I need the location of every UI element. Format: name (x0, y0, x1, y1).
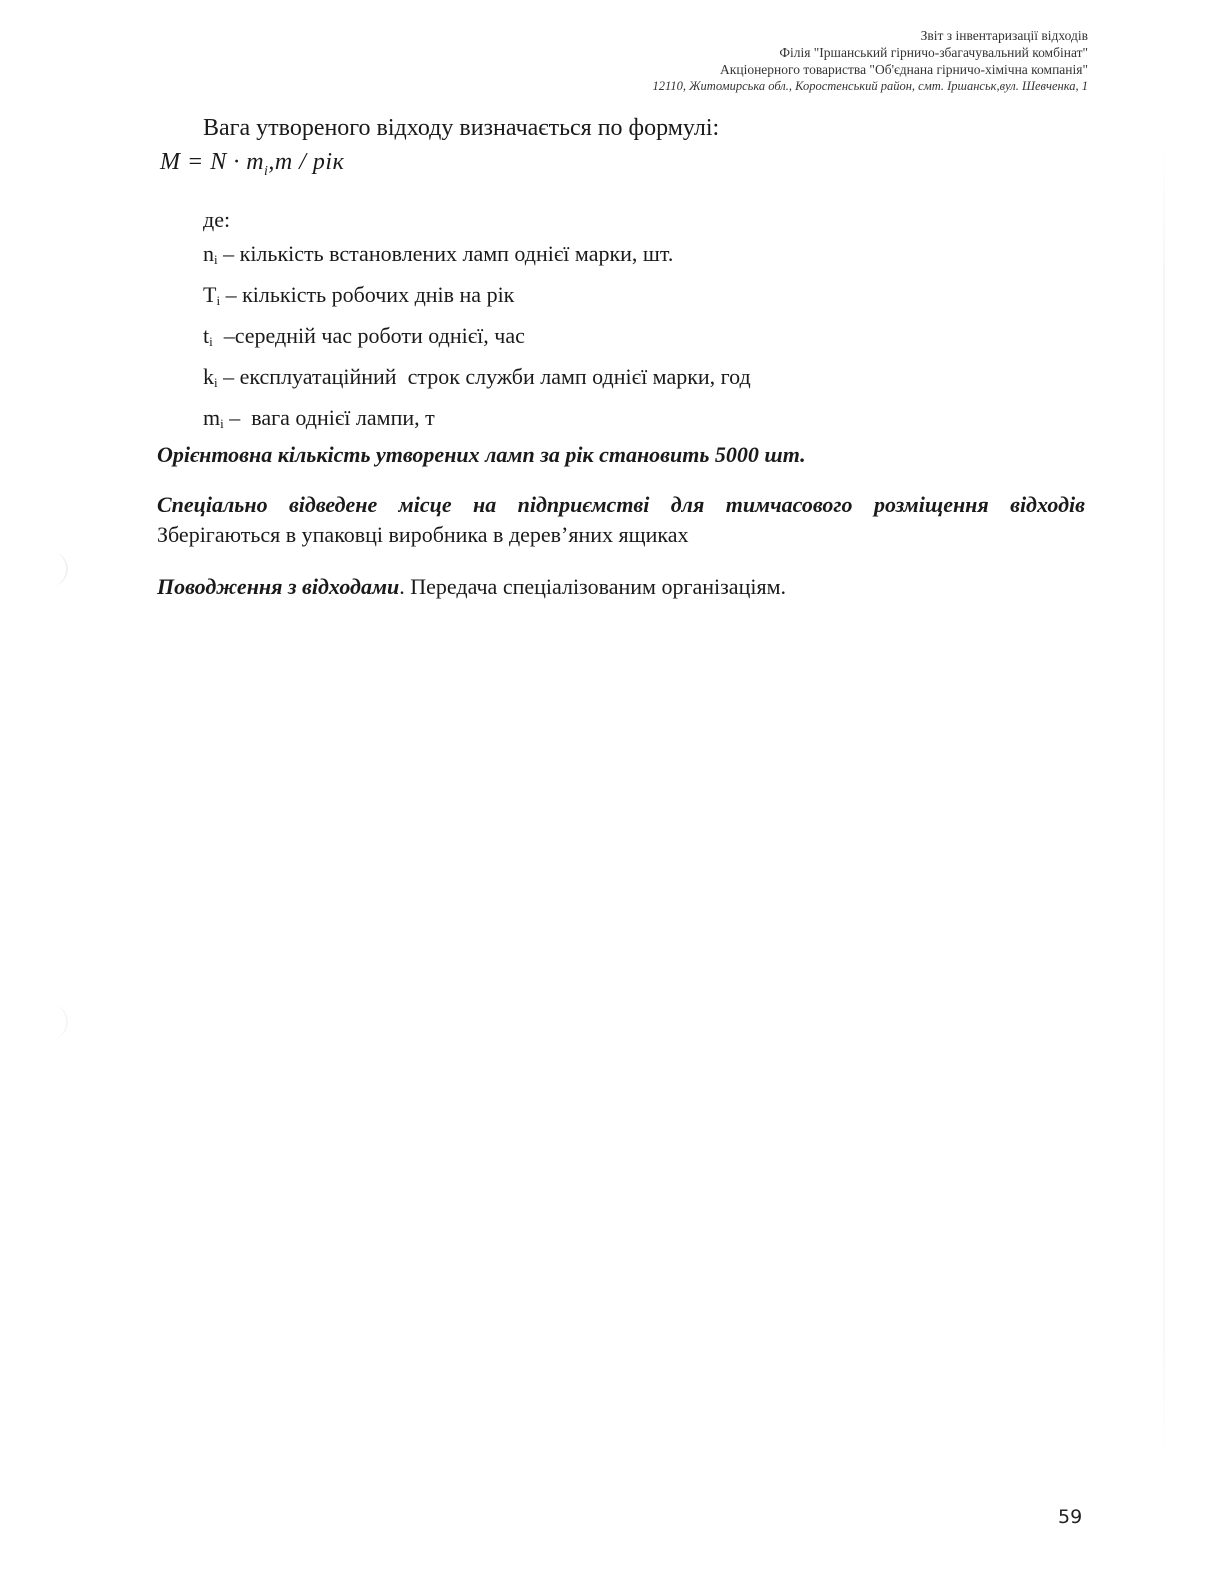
definitions-list: де: ni – кількість встановлених ламп одн… (203, 205, 751, 444)
definition-text: –середній час роботи однієї, час (213, 323, 525, 348)
storage-text: Зберігаються в упаковці виробника в дере… (157, 522, 689, 547)
definition-item: mi – вага однієї лампи, т (203, 403, 751, 444)
handling-label: Поводження з відходами (157, 574, 399, 599)
handling-text: . Передача спеціалізованим організаціям. (399, 574, 786, 599)
document-page: Звіт з інвентаризації відходів Філія "Ір… (0, 0, 1219, 1574)
header-address: 12110, Житомирська обл., Коростенський р… (653, 78, 1088, 95)
definition-item: ni – кількість встановлених ламп однієї … (203, 239, 751, 280)
storage-paragraph: Спеціально відведене місце на підприємст… (157, 490, 1085, 550)
header-report-title: Звіт з інвентаризації відходів (653, 27, 1088, 44)
scan-edge-line (1163, 140, 1165, 1460)
definition-text: – кількість робочих днів на рік (220, 282, 514, 307)
punch-hole-shadow (36, 552, 68, 586)
page-number: 59 (1058, 1506, 1082, 1528)
header-branch: Філія "Іршанський гірничо-збагачувальний… (653, 44, 1088, 61)
definitions-where: де: (203, 205, 751, 235)
definition-item: ti –середній час роботи однієї, час (203, 321, 751, 362)
definition-symbol: k (203, 364, 214, 389)
definition-item: ki – експлуатаційний строк служби ламп о… (203, 362, 751, 403)
punch-hole-shadow (36, 1005, 68, 1039)
definition-text: – вага однієї лампи, т (224, 405, 435, 430)
running-header: Звіт з інвентаризації відходів Філія "Ір… (653, 27, 1088, 95)
definition-symbol: n (203, 241, 214, 266)
definition-item: Ti – кількість робочих днів на рік (203, 280, 751, 321)
formula: M = N · mi,m / рік (160, 146, 344, 188)
header-company: Акціонерного товариства "Об'єднана гірни… (653, 61, 1088, 78)
storage-label: Спеціально відведене місце на підприємст… (157, 490, 1085, 520)
formula-intro: Вага утвореного відходу визначається по … (203, 112, 719, 144)
formula-rhs: ,m / рік (268, 149, 344, 175)
estimate-paragraph: Орієнтовна кількість утворених ламп за р… (157, 440, 1085, 470)
definition-text: – кількість встановлених ламп однієї мар… (218, 241, 674, 266)
definition-text: – експлуатаційний строк служби ламп одні… (218, 364, 751, 389)
formula-lhs: M = N · m (160, 149, 264, 175)
definition-symbol: m (203, 405, 220, 430)
definition-symbol: T (203, 282, 216, 307)
handling-paragraph: Поводження з відходами. Передача спеціал… (157, 572, 1085, 602)
